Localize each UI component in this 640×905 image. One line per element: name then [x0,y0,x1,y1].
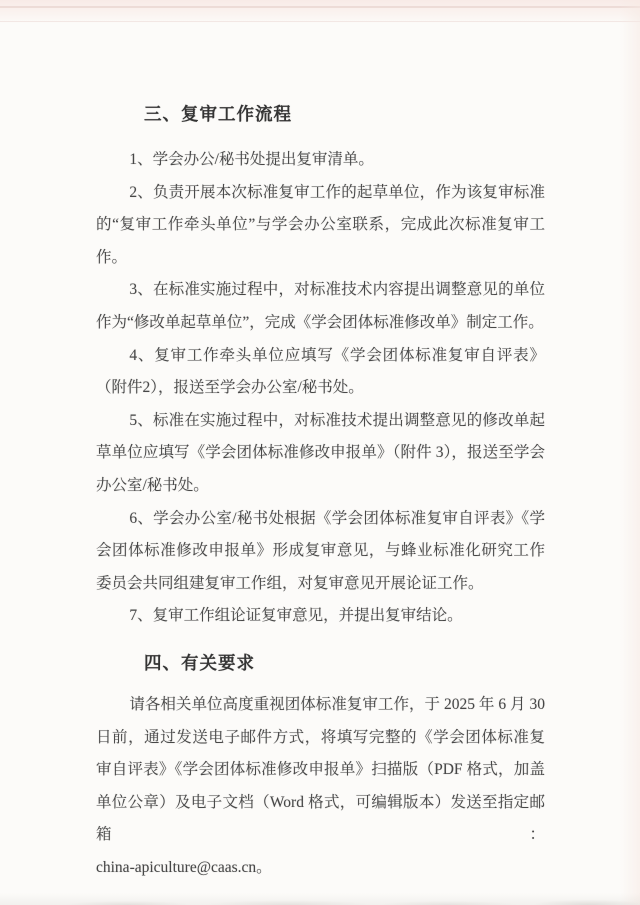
workflow-step-2: 2、负责开展本次标准复审工作的起草单位，作为该复审标准的“复审工作牵头单位”与学… [96,177,545,275]
document-content: 三、复审工作流程 1、学会办公/秘书处提出复审清单。 2、负责开展本次标准复审工… [0,0,640,884]
email-address-line: china-apiculture@caas.cn。 [96,852,545,885]
scan-artifact-bottom-smudge [0,893,640,905]
section-workflow-heading: 三、复审工作流程 [144,100,545,128]
scanned-document-page: 三、复审工作流程 1、学会办公/秘书处提出复审清单。 2、负责开展本次标准复审工… [0,0,640,905]
workflow-step-4: 4、复审工作牵头单位应填写《学会团体标准复审自评表》（附件2），报送至学会办公室… [96,340,545,405]
workflow-step-5: 5、标准在实施过程中，对标准技术提出调整意见的修改单起草单位应填写《学会团体标准… [96,405,545,503]
workflow-step-7: 7、复审工作组论证复审意见，并提出复审结论。 [96,600,545,633]
workflow-step-3: 3、在标准实施过程中，对标准技术内容提出调整意见的单位作为“修改单起草单位”，完… [96,274,545,339]
requirements-paragraph: 请各相关单位高度重视团体标准复审工作，于 2025 年 6 月 30 日前，通过… [96,689,545,852]
section-requirements-heading: 四、有关要求 [144,649,545,677]
workflow-step-1: 1、学会办公/秘书处提出复审清单。 [96,144,545,177]
workflow-step-6: 6、学会办公室/秘书处根据《学会团体标准复审自评表》《学会团体标准修改申报单》形… [96,503,545,601]
